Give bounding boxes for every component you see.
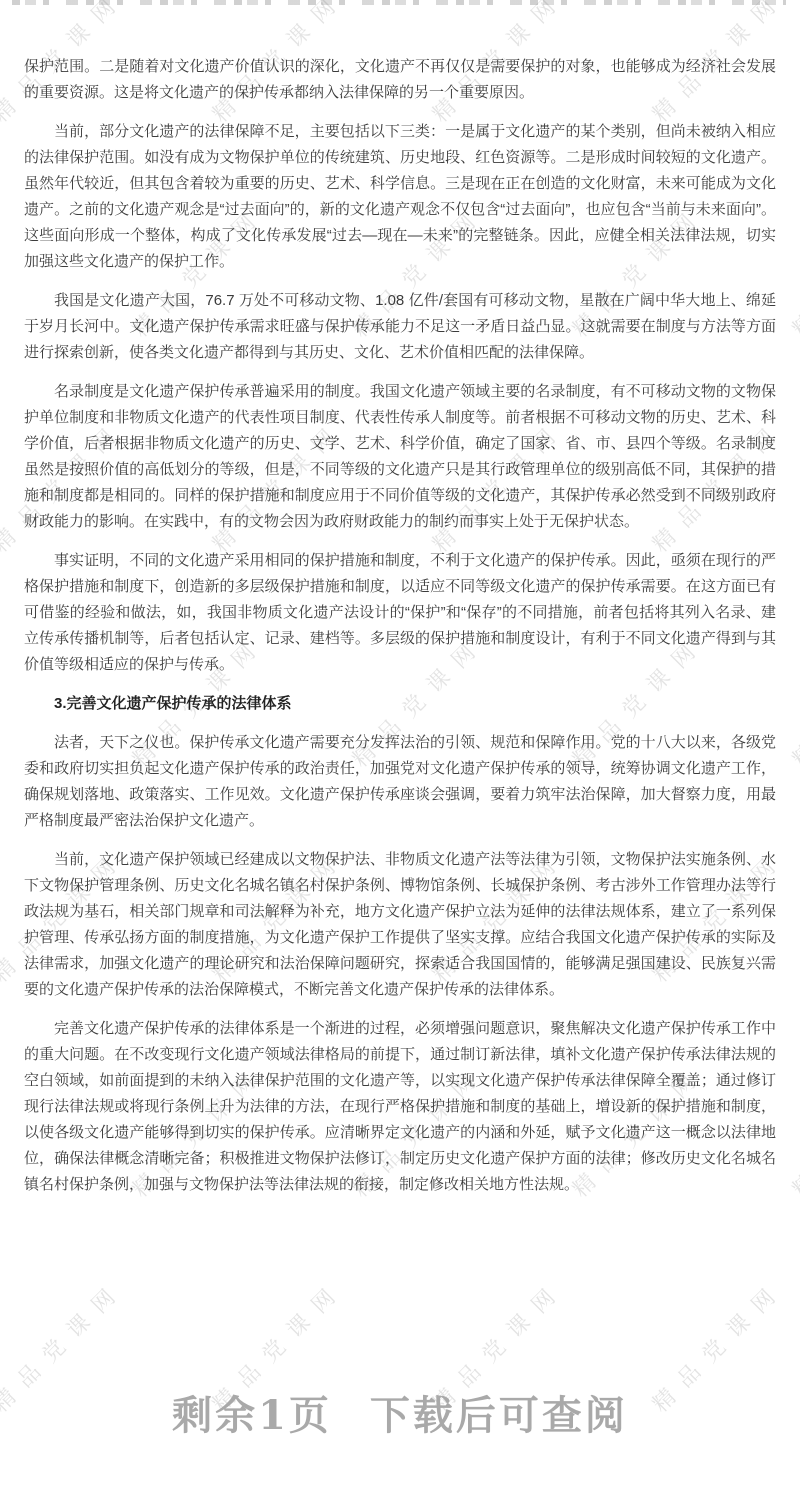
- watermark-text: 精品党课网: [785, 198, 800, 344]
- remaining-pages-banner: 剩余1页下载后可查阅: [0, 1384, 800, 1441]
- paragraph: 名录制度是文化遗产保护传承普遍采用的制度。我国文化遗产领域主要的名录制度，有不可…: [24, 379, 776, 535]
- section-heading: 3.完善文化遗产保护传承的法律体系: [24, 691, 776, 717]
- download-hint-text: 下载后可查阅: [370, 1392, 628, 1439]
- paragraph: 事实证明，不同的文化遗产采用相同的保护措施和制度，不利于文化遗产的保护传承。因此…: [24, 548, 776, 678]
- document-preview-page: 精品党课网精品党课网精品党课网精品党课网精品党课网精品党课网精品党课网精品党课网…: [0, 0, 800, 1492]
- paragraph: 当前，部分文化遗产的法律保障不足，主要包括以下三类：一是属于文化遗产的某个类别，…: [24, 119, 776, 275]
- remaining-pages-text: 剩余1页: [172, 1392, 332, 1439]
- watermark-text: 精品党课网: [785, 628, 800, 774]
- paragraph: 完善文化遗产保护传承的法律体系是一个渐进的过程，必须增强问题意识，聚焦解决文化遗…: [24, 1016, 776, 1198]
- document-content: 保护范围。二是随着对文化遗产价值认识的深化，文化遗产不再仅仅是需要保护的对象，也…: [24, 54, 776, 1211]
- top-truncated-text-line: [12, 0, 786, 5]
- watermark-text: 精品党课网: [785, 1058, 800, 1204]
- paragraph: 法者，天下之仪也。保护传承文化遗产需要充分发挥法治的引领、规范和保障作用。党的十…: [24, 730, 776, 834]
- paragraph: 当前，文化遗产保护领域已经建成以文物保护法、非物质文化遗产法等法律为引领，文物保…: [24, 847, 776, 1003]
- paragraph: 保护范围。二是随着对文化遗产价值认识的深化，文化遗产不再仅仅是需要保护的对象，也…: [24, 54, 776, 106]
- paragraph: 我国是文化遗产大国，76.7 万处不可移动文物、1.08 亿件/套国有可移动文物…: [24, 288, 776, 366]
